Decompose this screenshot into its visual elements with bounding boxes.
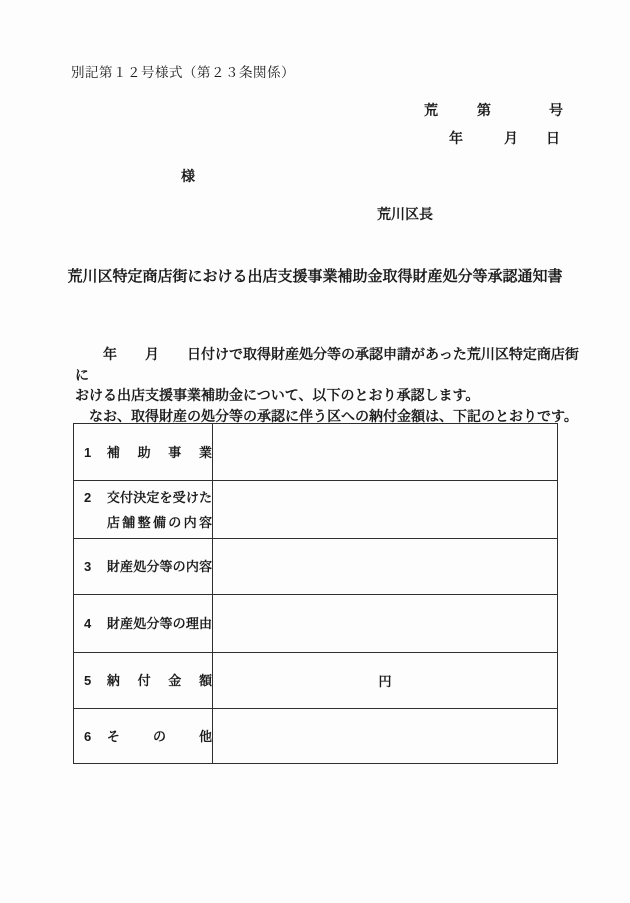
row-number: 2	[84, 485, 94, 510]
row-value-cell-yen: 円	[213, 653, 558, 709]
row-number: 6	[84, 724, 94, 749]
doc-number-dai: 第	[477, 102, 491, 118]
row-number: 4	[84, 611, 94, 636]
row-value-cell	[213, 481, 558, 539]
row-label: 納 付 金 額	[107, 668, 212, 693]
sender-name: 荒川区長	[377, 204, 433, 224]
table-row-disposal-content: 3 財産処分等の内容	[74, 539, 558, 595]
body-paragraph: 年 月 日付けで取得財産処分等の承認申請があった荒川区特定商店街に おける出店支…	[75, 344, 585, 426]
row-label-cell: 4 財産処分等の理由	[74, 595, 213, 653]
body-line-1: 年 月 日付けで取得財産処分等の承認申請があった荒川区特定商店街に	[75, 344, 585, 385]
form-number-label: 別記第１２号様式（第２３条関係）	[71, 61, 295, 81]
row-number: 5	[84, 668, 94, 693]
row-label-cell: 1 補 助 事 業	[74, 424, 213, 481]
form-page: 別記第１２号様式（第２３条関係） 荒第号 年月日 様 荒川区長 荒川区特定商店街…	[0, 0, 630, 903]
date-year-label: 年	[449, 130, 463, 146]
doc-number-go: 号	[549, 102, 563, 118]
row-value-cell	[213, 709, 558, 764]
table-row-disposal-reason: 4 財産処分等の理由	[74, 595, 558, 653]
row-number: 1	[84, 440, 94, 465]
table-row-other: 6 そ の 他	[74, 709, 558, 764]
doc-number-agency: 荒	[424, 102, 438, 118]
row-number: 3	[84, 554, 94, 579]
row-label-cell: 6 そ の 他	[74, 709, 213, 764]
row-value-cell	[213, 595, 558, 653]
table-row-subsidy-project: 1 補 助 事 業	[74, 424, 558, 481]
row-label: 財産処分等の内容	[107, 554, 212, 579]
row-label-cell: 2 交付決定を受けた 店舗整備の内容	[74, 481, 213, 539]
date-line: 年月日	[449, 128, 560, 148]
row-label-cell: 5 納 付 金 額	[74, 653, 213, 709]
date-month-label: 月	[504, 130, 518, 146]
document-title: 荒川区特定商店街における出店支援事業補助金取得財産処分等承認通知書	[0, 265, 630, 286]
doc-number-line: 荒第号	[424, 100, 563, 120]
row-value-cell	[213, 539, 558, 595]
row-label: そ の 他	[107, 724, 212, 749]
addressee-honorific: 様	[181, 166, 195, 186]
row-value-cell	[213, 424, 558, 481]
table-row-store-improvement: 2 交付決定を受けた 店舗整備の内容	[74, 481, 558, 539]
row-label: 交付決定を受けた 店舗整備の内容	[107, 485, 212, 535]
date-day-label: 日	[546, 130, 560, 146]
table-row-payment-amount: 5 納 付 金 額 円	[74, 653, 558, 709]
row-label: 財産処分等の理由	[107, 611, 212, 636]
body-line-2: おける出店支援事業補助金について、以下のとおり承認します。	[75, 385, 585, 406]
row-label: 補 助 事 業	[107, 440, 212, 465]
row-label-cell: 3 財産処分等の内容	[74, 539, 213, 595]
form-table: 1 補 助 事 業 2 交付決定を受けた 店舗整備の内容	[73, 423, 558, 764]
